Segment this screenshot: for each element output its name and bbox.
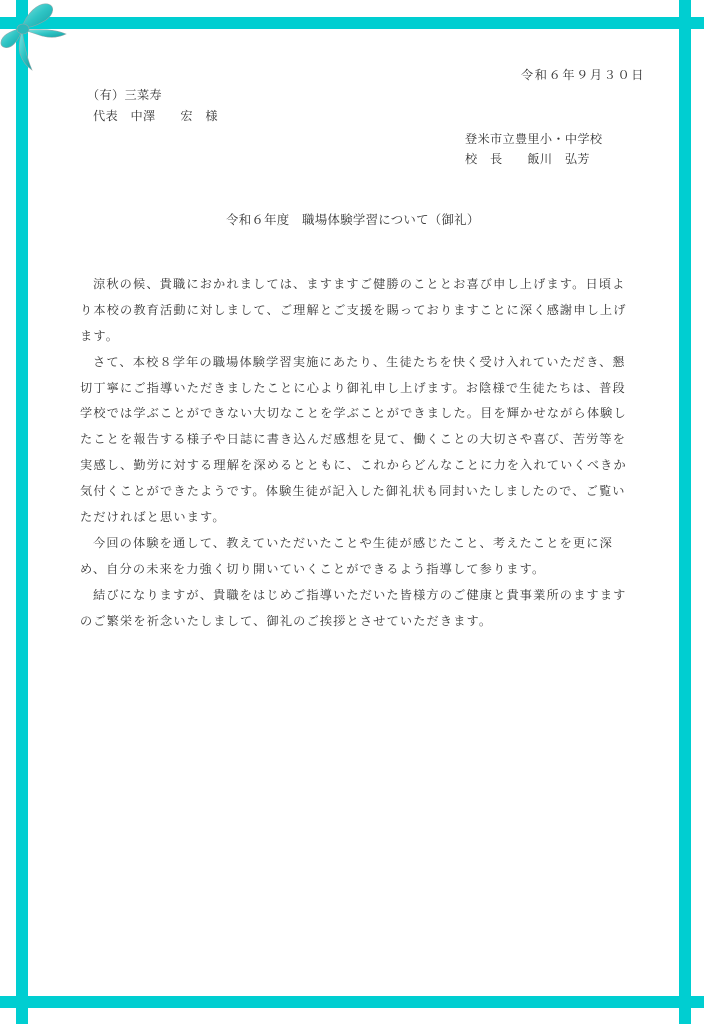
body-line: さて、本校８学年の職場体験学習実施にあたり、生徒たちを快く受け入れていただき、懇: [80, 350, 650, 376]
recipient-company: （有）三菜寿: [87, 89, 162, 101]
sender-school: 登米市立豊里小・中学校: [465, 133, 602, 145]
body-line: 切丁寧にご指導いただきましたことに心より御礼申し上げます。お陰様で生徒たちは、普…: [80, 376, 650, 402]
body-line: 学校では学ぶことができない大切なことを学ぶことができました。目を輝かせながら体験…: [80, 401, 650, 427]
body-line: たことを報告する様子や日誌に書き込んだ感想を見て、働くことの大切さや喜び、苦労等…: [80, 427, 650, 453]
letter-subject: 令和６年度 職場体験学習について（御礼）: [226, 214, 480, 226]
body-line: 今回の体験を通して、教えていただいたことや生徒が感じたこと、考えたことを更に深: [80, 531, 650, 557]
body-line: り本校の教育活動に対しまして、ご理解とご支援を賜っておりますことに深く感謝申し上…: [80, 298, 650, 324]
body-line: ただければと思います。: [80, 505, 650, 531]
body-line: 気付くことができたようです。体験生徒が記入した御礼状も同封いたしましたので、ご覧…: [80, 479, 650, 505]
ribbon-bottom: [0, 996, 704, 1008]
recipient-name: 代表 中澤 宏 様: [93, 110, 218, 122]
body-line: め、自分の未来を力強く切り開いていくことができるよう指導して参ります。: [80, 557, 650, 583]
body-line: 涼秋の候、貴職におかれましては、ますますご健勝のこととお喜び申し上げます。日頃よ: [80, 272, 650, 298]
body-line: ます。: [80, 324, 650, 350]
letter-date: 令和６年９月３０日: [521, 69, 645, 81]
ribbon-right: [679, 0, 691, 1024]
ribbon-left: [16, 0, 28, 1024]
body-line: 結びになりますが、貴職をはじめご指導いただいた皆様方のご健康と貴事業所のますます: [80, 583, 650, 609]
bow-icon: [0, 0, 72, 72]
letter-body: 涼秋の候、貴職におかれましては、ますますご健勝のこととお喜び申し上げます。日頃よ…: [80, 272, 650, 634]
ribbon-top: [0, 17, 704, 29]
sender-principal: 校 長 飯川 弘芳: [465, 153, 590, 165]
body-line: のご繁栄を祈念いたしまして、御礼のご挨拶とさせていただきます。: [80, 609, 650, 635]
body-line: 実感し、勤労に対する理解を深めるとともに、これからどんなことに力を入れていくべき…: [80, 453, 650, 479]
